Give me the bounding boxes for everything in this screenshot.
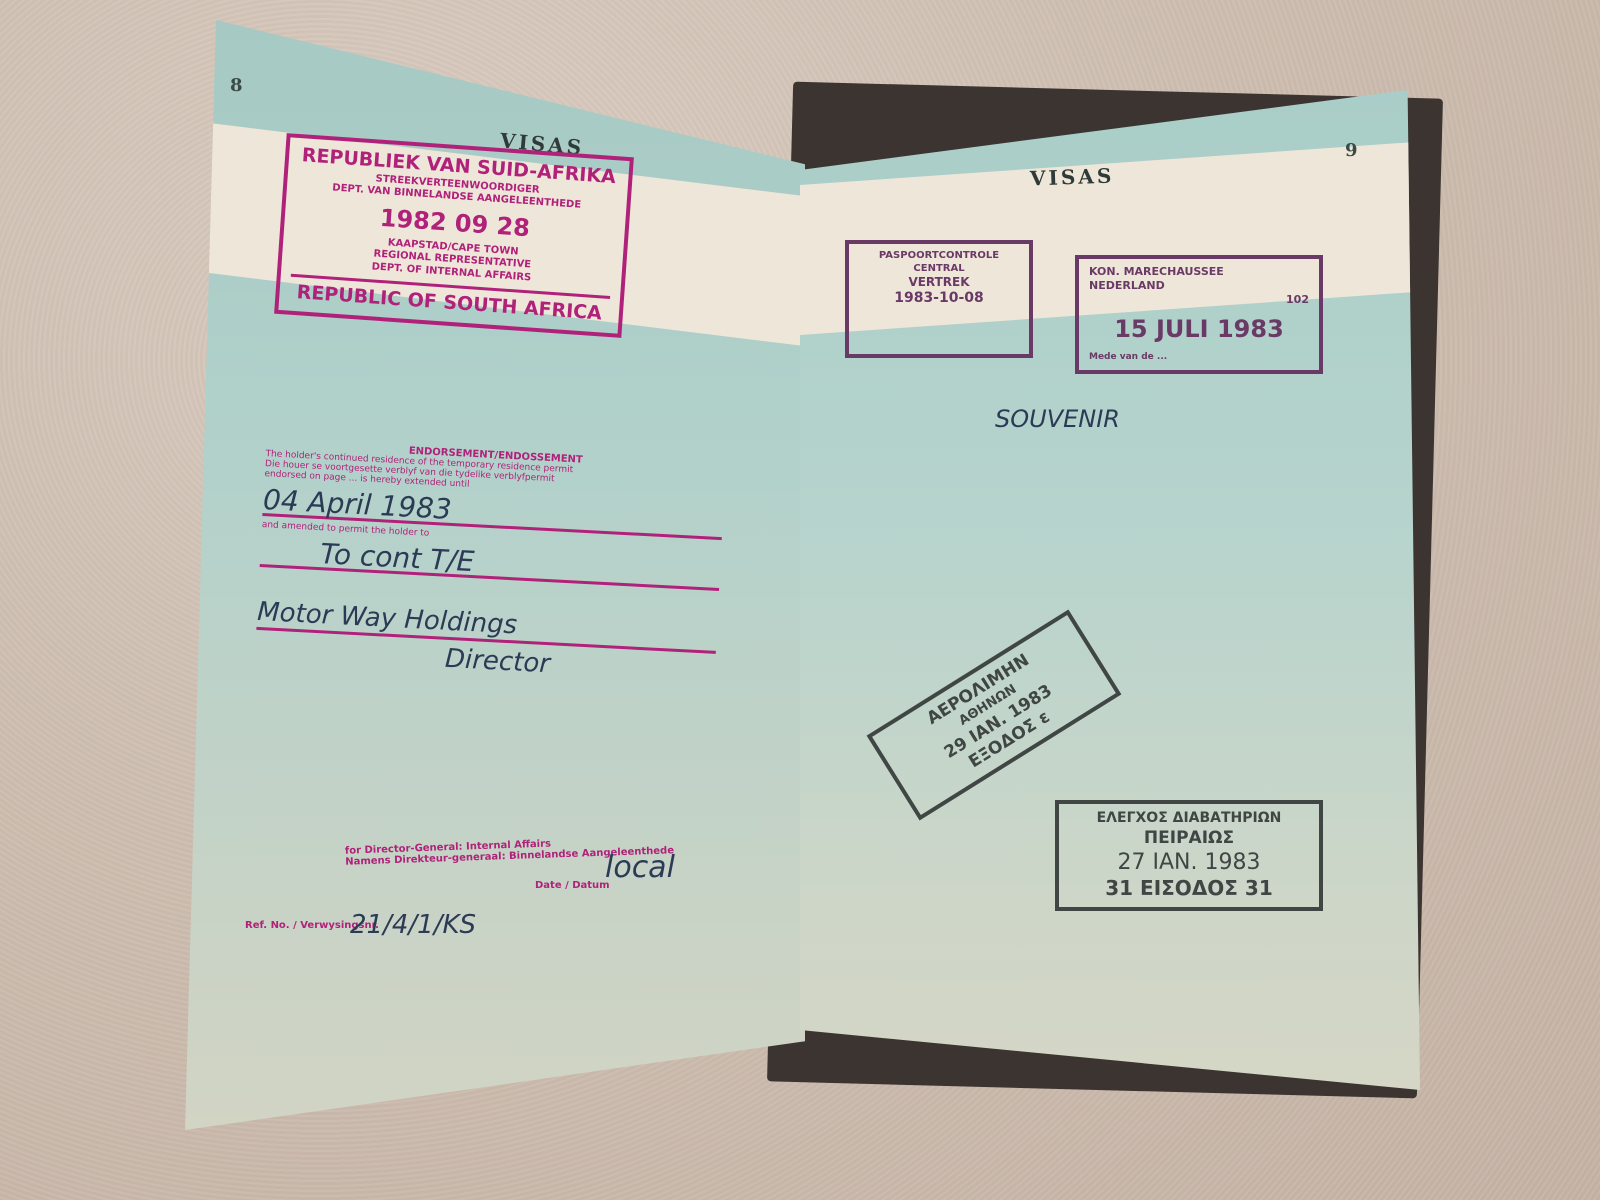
left-page: 8 VISAS REPUBLIEK VAN SUID-AFRIKA STREEK… [185,20,805,1130]
endorsement-block: ENDORSEMENT/ENDOSSEMENT The holder's con… [254,438,726,694]
nl-marechaussee-stamp: KON. MARECHAUSSEE NEDERLAND 102 15 JULI … [1075,255,1323,374]
stamp-footer: Mede van de ... [1089,352,1309,363]
stamp-line: PASPOORTCONTROLE [859,250,1019,263]
athens-airport-stamp: ΑΕΡΟΛΙΜΗΝ ΑΘΗΝΩΝ 29 ΙΑΝ. 1983 ΕΞΟΔΟΣ ε [867,610,1122,821]
handwritten-role: Director [444,644,550,679]
handwritten-purpose: To cont T/E [320,537,476,578]
stamp-date: 27 ΙΑΝ. 1983 [1069,849,1309,877]
stamp-line: VERTREK [859,275,1019,290]
stamp-number: 102 [1089,293,1309,307]
page-number: 8 [230,75,243,96]
date-label: Date / Datum [535,880,610,891]
stamp-date: 1983-10-08 [859,290,1019,308]
handwritten-date-value: local [605,850,675,885]
handwritten-company: Motor Way Holdings [256,597,517,641]
stamp-line: CENTRAL [859,263,1019,276]
handwritten-ref: 21/4/1/KS [350,910,476,940]
stamp-line: 31 ΕΙΣΟΔΟΣ 31 [1069,876,1309,901]
rsa-stamp: REPUBLIEK VAN SUID-AFRIKA STREEKVERTEENW… [274,133,634,338]
stamp-line: KON. MARECHAUSSEE [1089,265,1309,279]
piraeus-stamp: ΕΛΕΓΧΟΣ ΔΙΑΒΑΤΗΡΙΩΝ ΠΕΙΡΑΙΩΣ 27 ΙΑΝ. 198… [1055,800,1323,911]
stamp-date: 15 JULI 1983 [1089,314,1309,344]
nl-departure-stamp: PASPOORTCONTROLE CENTRAL VERTREK 1983-10… [845,240,1033,358]
page-heading: VISAS [1030,164,1115,191]
passport: 8 VISAS REPUBLIEK VAN SUID-AFRIKA STREEK… [0,0,1600,1200]
stamp-line: NEDERLAND [1089,279,1309,293]
stamp-line: ΕΛΕΓΧΟΣ ΔΙΑΒΑΤΗΡΙΩΝ [1069,810,1309,828]
stamp-line: ΠΕΙΡΑΙΩΣ [1069,828,1309,849]
handwritten-note: SOUVENIR [995,405,1120,433]
handwritten-date: 04 April 1983 [262,483,452,526]
right-page: 9 VISAS PASPOORTCONTROLE CENTRAL VERTREK… [800,90,1420,1090]
page-number: 9 [1345,140,1358,161]
